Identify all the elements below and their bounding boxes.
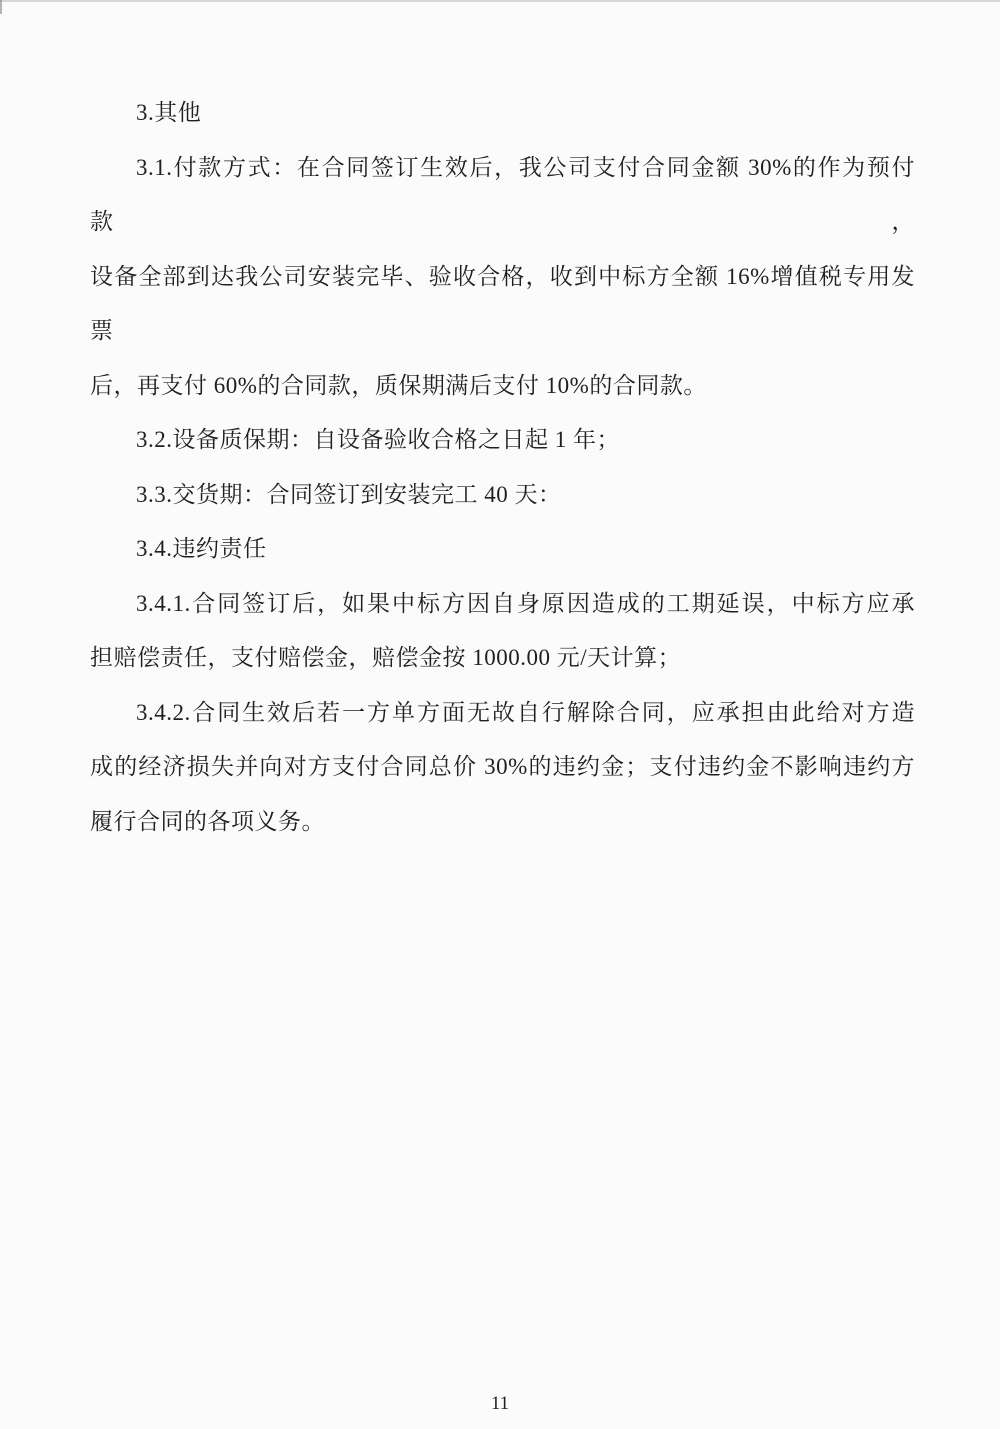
text-line: 3.其他 xyxy=(90,86,915,141)
text-line: 3.3.交货期：合同签订到安装完工 40 天： xyxy=(90,468,915,523)
text-line: 3.4.违约责任 xyxy=(90,522,915,577)
paragraph: 3.其他 xyxy=(90,86,915,141)
text-line: 3.2.设备质保期：自设备验收合格之日起 1 年； xyxy=(90,413,915,468)
text-line: 设备全部到达我公司安装完毕、验收合格，收到中标方全额 16%增值税专用发票 xyxy=(90,250,915,359)
text-line: 成的经济损失并向对方支付合同总价 30%的违约金；支付违约金不影响违约方 xyxy=(90,740,915,795)
paragraph: 3.4.1.合同签订后，如果中标方因自身原因造成的工期延误，中标方应承担赔偿责任… xyxy=(90,577,915,686)
scan-corner-artifact xyxy=(0,0,2,14)
text-line: 后，再支付 60%的合同款，质保期满后支付 10%的合同款。 xyxy=(90,359,915,414)
document-page: 3.其他3.1.付款方式：在合同签订生效后，我公司支付合同金额 30%的作为预付… xyxy=(0,0,1000,1429)
page-number: 11 xyxy=(0,1392,1000,1416)
paragraph: 3.2.设备质保期：自设备验收合格之日起 1 年； xyxy=(90,413,915,468)
paragraph: 3.3.交货期：合同签订到安装完工 40 天： xyxy=(90,468,915,523)
text-line: 担赔偿责任，支付赔偿金，赔偿金按 1000.00 元/天计算； xyxy=(90,631,915,686)
paragraph: 3.4.违约责任 xyxy=(90,522,915,577)
text-line: 3.4.2.合同生效后若一方单方面无故自行解除合同，应承担由此给对方造 xyxy=(90,686,915,741)
text-line: 履行合同的各项义务。 xyxy=(90,795,915,850)
scan-top-edge-artifact xyxy=(0,0,1000,2)
text-line: 3.4.1.合同签订后，如果中标方因自身原因造成的工期延误，中标方应承 xyxy=(90,577,915,632)
text-line: 3.1.付款方式：在合同签订生效后，我公司支付合同金额 30%的作为预付款， xyxy=(90,141,915,250)
paragraph: 3.4.2.合同生效后若一方单方面无故自行解除合同，应承担由此给对方造成的经济损… xyxy=(90,686,915,850)
paragraph: 3.1.付款方式：在合同签订生效后，我公司支付合同金额 30%的作为预付款，设备… xyxy=(90,141,915,414)
document-body: 3.其他3.1.付款方式：在合同签订生效后，我公司支付合同金额 30%的作为预付… xyxy=(90,86,915,849)
